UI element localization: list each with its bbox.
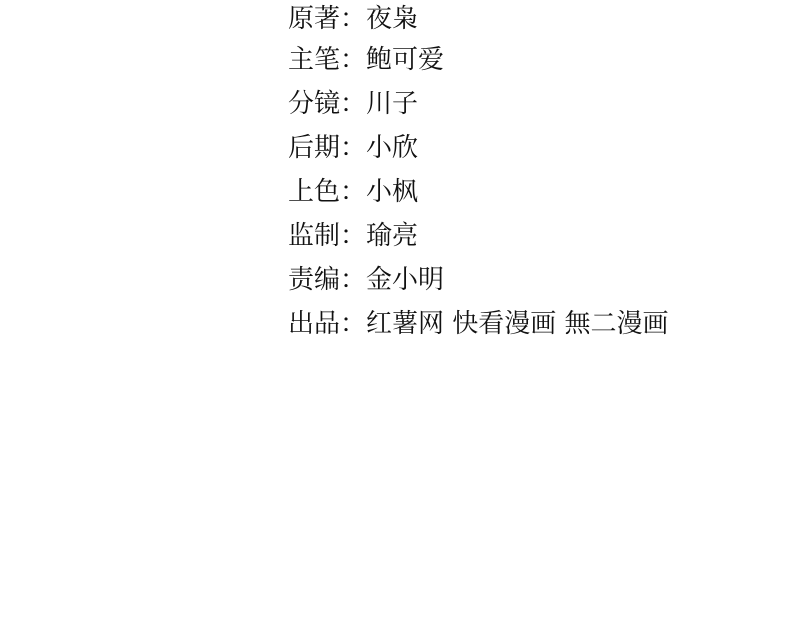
- credit-value: 小枫: [366, 177, 418, 207]
- credit-row-coloring: 上色：小枫: [288, 170, 669, 214]
- credit-label: 上色: [288, 177, 340, 207]
- credit-label: 原著: [288, 4, 340, 34]
- credit-row-editor: 责编：金小明: [288, 258, 669, 302]
- credit-label: 主笔: [288, 45, 340, 75]
- credit-label: 责编: [288, 265, 340, 295]
- credit-label: 监制: [288, 221, 340, 251]
- credit-row-storyboard: 分镜：川子: [288, 82, 669, 126]
- credit-value: 瑜亮: [366, 221, 418, 251]
- credit-value: 小欣: [366, 133, 418, 163]
- credit-row-original-author: 原著：夜枭: [288, 0, 669, 38]
- credit-separator: ：: [340, 4, 366, 34]
- credit-row-post-production: 后期：小欣: [288, 126, 669, 170]
- credit-separator: ：: [340, 133, 366, 163]
- credit-value: 红薯网 快看漫画 無二漫画: [366, 309, 669, 339]
- credit-value: 川子: [366, 89, 418, 119]
- credit-row-lead-artist: 主笔：鲍可爱: [288, 38, 669, 82]
- credit-separator: ：: [340, 89, 366, 119]
- credit-separator: ：: [340, 177, 366, 207]
- credit-row-publisher: 出品：红薯网 快看漫画 無二漫画: [288, 302, 669, 346]
- credit-separator: ：: [340, 265, 366, 295]
- credit-separator: ：: [340, 309, 366, 339]
- credit-separator: ：: [340, 45, 366, 75]
- credit-separator: ：: [340, 221, 366, 251]
- credit-value: 夜枭: [366, 4, 418, 34]
- credit-row-supervisor: 监制：瑜亮: [288, 214, 669, 258]
- credit-label: 分镜: [288, 89, 340, 119]
- credit-label: 后期: [288, 133, 340, 163]
- credits-list: 原著：夜枭 主笔：鲍可爱 分镜：川子 后期：小欣 上色：小枫 监制：瑜亮 责编：…: [288, 0, 669, 346]
- credit-label: 出品: [288, 309, 340, 339]
- credit-value: 金小明: [366, 265, 444, 295]
- credit-value: 鲍可爱: [366, 45, 444, 75]
